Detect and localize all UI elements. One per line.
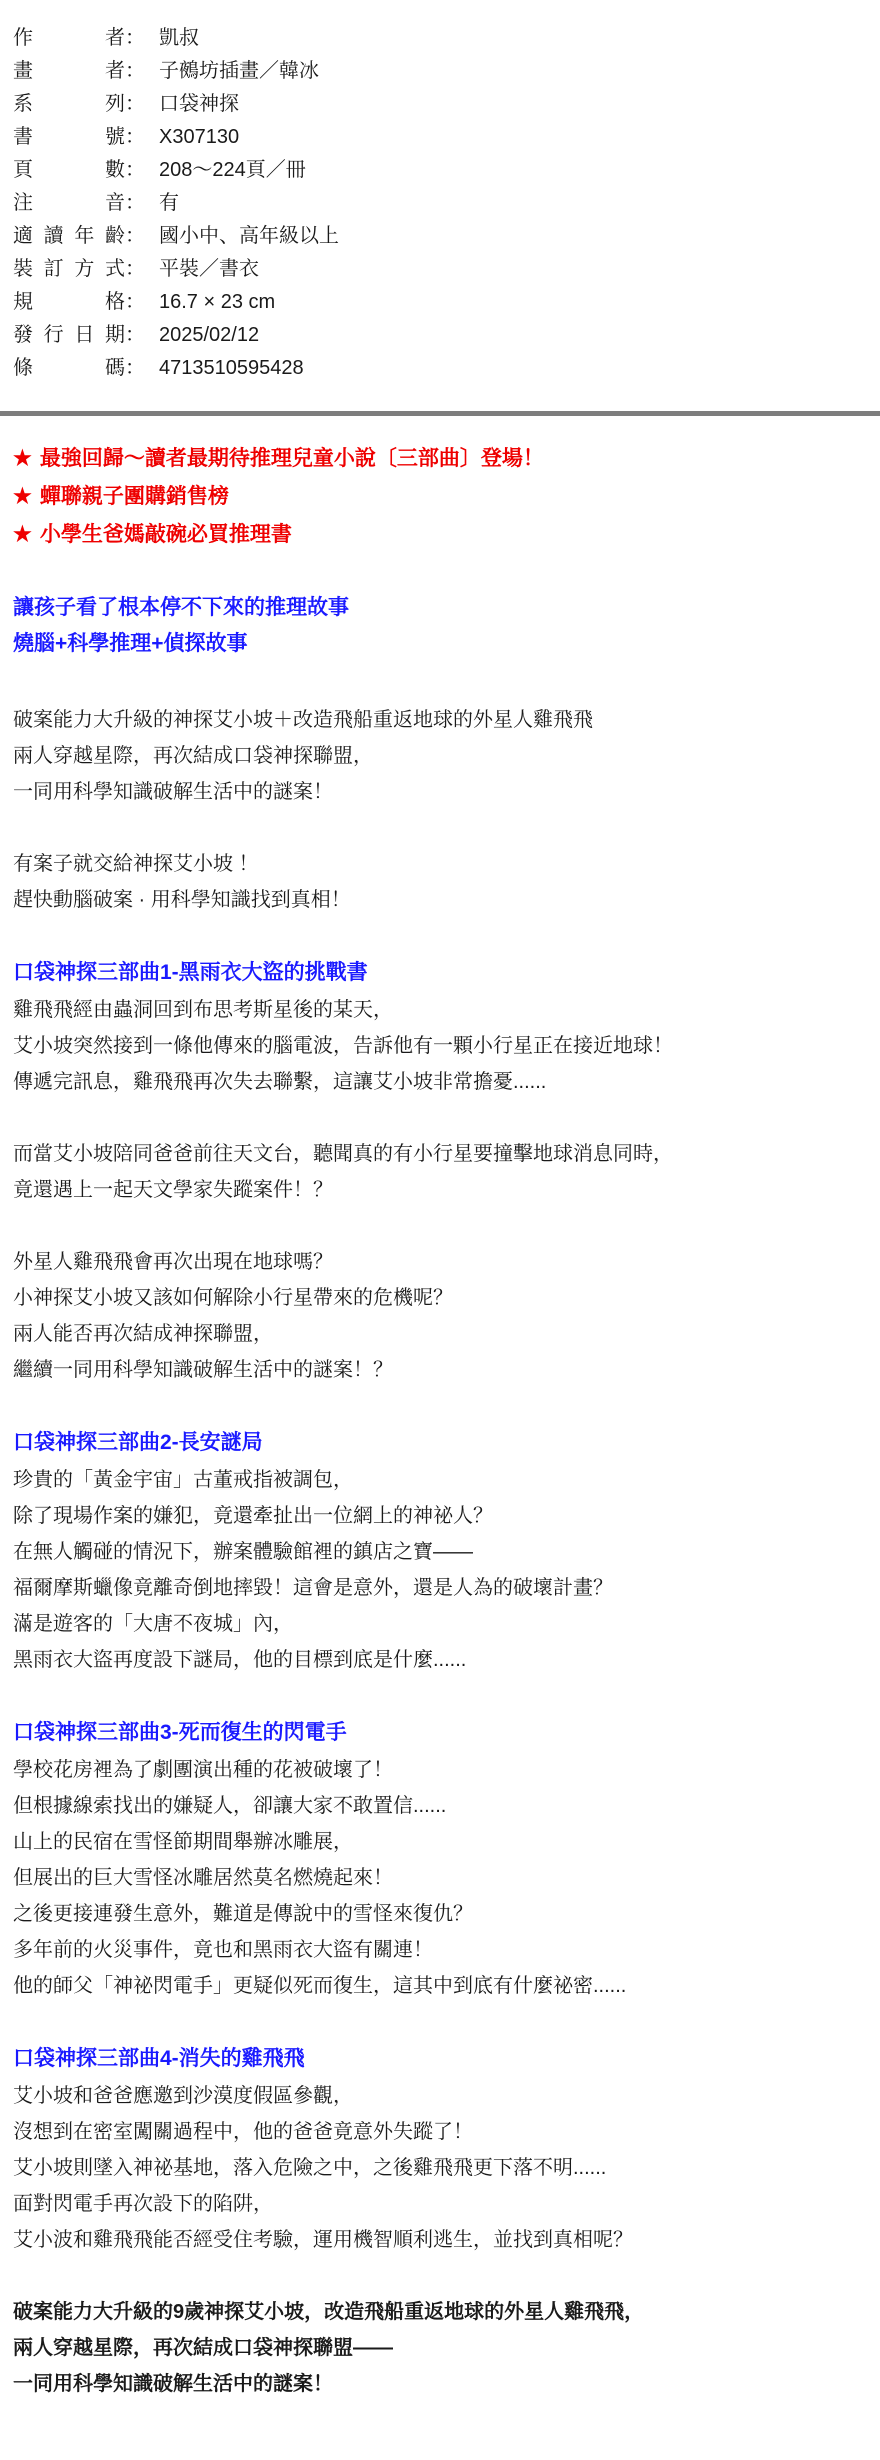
body-line: 但根據線索找出的嫌疑人，卻讓大家不敢置信...... [13, 1788, 866, 1824]
meta-value: 2025/02/12 [159, 324, 259, 346]
promo-list: ★最強回歸～讀者最期待推理兒童小說〔三部曲〕登場！ ★蟬聯親子團購銷售榜 ★小學… [13, 440, 866, 554]
promo-text: 最強回歸～讀者最期待推理兒童小說〔三部曲〕登場！ [40, 447, 544, 470]
meta-row-pages: 頁數：208～224頁／冊 [13, 154, 866, 187]
meta-label: 書號 [13, 121, 125, 154]
outro-line: 一同用科學知識破解生活中的謎案！ [13, 2366, 866, 2402]
meta-row-book-number: 書號：X307130 [13, 121, 866, 154]
section-paragraph: 雞飛飛經由蟲洞回到布思考斯星後的某天， 艾小坡突然接到一條他傳來的腦電波，告訴他… [13, 992, 866, 1100]
meta-row-barcode: 條碼：4713510595428 [13, 352, 866, 385]
meta-label: 規格 [13, 286, 125, 319]
intro-paragraph: 有案子就交給神探艾小坡 ！ 趕快動腦破案 · 用科學知識找到真相！ [13, 846, 866, 918]
section-paragraph: 外星人雞飛飛會再次出現在地球嗎？ 小神探艾小坡又該如何解除小行星帶來的危機呢？ … [13, 1244, 866, 1388]
promo-line: ★最強回歸～讀者最期待推理兒童小說〔三部曲〕登場！ [13, 440, 866, 478]
body-line: 他的師父「神祕閃電手」更疑似死而復生，這其中到底有什麼祕密...... [13, 1968, 866, 2004]
star-icon: ★ [13, 485, 32, 508]
meta-label: 作者 [13, 22, 125, 55]
meta-colon: ： [125, 187, 145, 220]
meta-label: 適讀年齡 [13, 220, 125, 253]
body-line: 在無人觸碰的情況下，辦案體驗館裡的鎮店之寶—— [13, 1534, 866, 1570]
meta-row-release-date: 發行日期：2025/02/12 [13, 319, 866, 352]
promo-line: ★蟬聯親子團購銷售榜 [13, 478, 866, 516]
section-title: 口袋神探三部曲3-死而復生的閃電手 [13, 1714, 866, 1752]
meta-value: 平裝／書衣 [159, 258, 259, 280]
meta-value: 4713510595428 [159, 357, 304, 379]
section-paragraph: 珍貴的「黃金宇宙」古董戒指被調包， 除了現場作案的嫌犯，竟還牽扯出一位網上的神祕… [13, 1462, 866, 1678]
section-paragraph: 艾小坡和爸爸應邀到沙漠度假區參觀， 沒想到在密室闖關過程中，他的爸爸竟意外失蹤了… [13, 2078, 866, 2258]
body-line: 一同用科學知識破解生活中的謎案！ [13, 774, 866, 810]
body-line: 艾小波和雞飛飛能否經受住考驗，運用機智順利逃生，並找到真相呢？ [13, 2222, 866, 2258]
section-paragraph: 學校花房裡為了劇團演出種的花被破壞了！ 但根據線索找出的嫌疑人，卻讓大家不敢置信… [13, 1752, 866, 2004]
meta-colon: ： [125, 121, 145, 154]
meta-value: 有 [159, 192, 179, 214]
meta-colon: ： [125, 286, 145, 319]
body-line: 艾小坡則墜入神祕基地，落入危險之中，之後雞飛飛更下落不明...... [13, 2150, 866, 2186]
meta-value: 國小中、高年級以上 [159, 225, 339, 247]
promo-text: 蟬聯親子團購銷售榜 [40, 485, 229, 508]
section-title: 口袋神探三部曲2-長安謎局 [13, 1424, 866, 1462]
meta-row-binding: 裝訂方式：平裝／書衣 [13, 253, 866, 286]
section-title: 口袋神探三部曲1-黑雨衣大盜的挑戰書 [13, 954, 866, 992]
body-line: 兩人穿越星際，再次結成口袋神探聯盟， [13, 738, 866, 774]
body-line: 外星人雞飛飛會再次出現在地球嗎？ [13, 1244, 866, 1280]
body-line: 兩人能否再次結成神探聯盟， [13, 1316, 866, 1352]
meta-label: 頁數 [13, 154, 125, 187]
body-line: 竟還遇上一起天文學家失蹤案件！？ [13, 1172, 866, 1208]
body-line: 但展出的巨大雪怪冰雕居然莫名燃燒起來！ [13, 1860, 866, 1896]
meta-label: 畫者 [13, 55, 125, 88]
meta-row-reading-age: 適讀年齡：國小中、高年級以上 [13, 220, 866, 253]
section-title: 口袋神探三部曲4-消失的雞飛飛 [13, 2040, 866, 2078]
meta-colon: ： [125, 55, 145, 88]
section-paragraph: 而當艾小坡陪同爸爸前往天文台，聽聞真的有小行星要撞擊地球消息同時， 竟還遇上一起… [13, 1136, 866, 1208]
body-line: 艾小坡突然接到一條他傳來的腦電波，告訴他有一顆小行星正在接近地球！ [13, 1028, 866, 1064]
body-line: 繼續一同用科學知識破解生活中的謎案！？ [13, 1352, 866, 1388]
meta-colon: ： [125, 352, 145, 385]
body-line: 傳遞完訊息，雞飛飛再次失去聯繫，這讓艾小坡非常擔憂...... [13, 1064, 866, 1100]
meta-colon: ： [125, 154, 145, 187]
meta-colon: ： [125, 253, 145, 286]
body-line: 面對閃電手再次設下的陷阱， [13, 2186, 866, 2222]
body-line: 雞飛飛經由蟲洞回到布思考斯星後的某天， [13, 992, 866, 1028]
body-line: 之後更接連發生意外，難道是傳說中的雪怪來復仇？ [13, 1896, 866, 1932]
body-line: 沒想到在密室闖關過程中，他的爸爸竟意外失蹤了！ [13, 2114, 866, 2150]
body-line: 多年前的火災事件，竟也和黑雨衣大盜有關連！ [13, 1932, 866, 1968]
intro-paragraph: 破案能力大升級的神探艾小坡＋改造飛船重返地球的外星人雞飛飛 兩人穿越星際，再次結… [13, 702, 866, 810]
body-line: 學校花房裡為了劇團演出種的花被破壞了！ [13, 1752, 866, 1788]
body-line: 黑雨衣大盜再度設下謎局，他的目標到底是什麼...... [13, 1642, 866, 1678]
body-line: 小神探艾小坡又該如何解除小行星帶來的危機呢？ [13, 1280, 866, 1316]
outro-line: 破案能力大升級的9歲神探艾小坡，改造飛船重返地球的外星人雞飛飛， [13, 2294, 866, 2330]
meta-value: 子鵺坊插畫／韓冰 [159, 60, 319, 82]
promo-text: 小學生爸媽敲碗必買推理書 [40, 523, 292, 546]
body-line: 除了現場作案的嫌犯，竟還牽扯出一位網上的神祕人？ [13, 1498, 866, 1534]
meta-row-author: 作者：凱叔 [13, 22, 866, 55]
meta-row-illustrator: 畫者：子鵺坊插畫／韓冰 [13, 55, 866, 88]
meta-label: 發行日期 [13, 319, 125, 352]
body-line: 艾小坡和爸爸應邀到沙漠度假區參觀， [13, 2078, 866, 2114]
body-line: 有案子就交給神探艾小坡 ！ [13, 846, 866, 882]
star-icon: ★ [13, 447, 32, 470]
book-section-3: 口袋神探三部曲3-死而復生的閃電手 學校花房裡為了劇團演出種的花被破壞了！ 但根… [13, 1714, 866, 2004]
meta-value: X307130 [159, 126, 239, 148]
meta-label: 系列 [13, 88, 125, 121]
meta-row-size: 規格：16.7 × 23 cm [13, 286, 866, 319]
tagline-line: 讓孩子看了根本停不下來的推理故事 [13, 590, 866, 626]
meta-colon: ： [125, 22, 145, 55]
body-line: 滿是遊客的「大唐不夜城」內， [13, 1606, 866, 1642]
body-line: 趕快動腦破案 · 用科學知識找到真相！ [13, 882, 866, 918]
meta-label: 條碼 [13, 352, 125, 385]
outro-line: 兩人穿越星際，再次結成口袋神探聯盟—— [13, 2330, 866, 2366]
meta-label: 注音 [13, 187, 125, 220]
book-section-1: 口袋神探三部曲1-黑雨衣大盜的挑戰書 雞飛飛經由蟲洞回到布思考斯星後的某天， 艾… [13, 954, 866, 1388]
body-line: 珍貴的「黃金宇宙」古董戒指被調包， [13, 1462, 866, 1498]
meta-value: 208～224頁／冊 [159, 159, 306, 181]
meta-colon: ： [125, 319, 145, 352]
section-divider [0, 411, 880, 416]
tagline: 讓孩子看了根本停不下來的推理故事 燒腦+科學推理+偵探故事 [13, 590, 866, 662]
body-line: 破案能力大升級的神探艾小坡＋改造飛船重返地球的外星人雞飛飛 [13, 702, 866, 738]
meta-table: 作者：凱叔 畫者：子鵺坊插畫／韓冰 系列：口袋神探 書號：X307130 頁數：… [13, 22, 866, 385]
body-line: 山上的民宿在雪怪節期間舉辦冰雕展， [13, 1824, 866, 1860]
star-icon: ★ [13, 523, 32, 546]
body-line: 而當艾小坡陪同爸爸前往天文台，聽聞真的有小行星要撞擊地球消息同時， [13, 1136, 866, 1172]
product-description-page: 作者：凱叔 畫者：子鵺坊插畫／韓冰 系列：口袋神探 書號：X307130 頁數：… [0, 0, 880, 2460]
meta-colon: ： [125, 88, 145, 121]
promo-line: ★小學生爸媽敲碗必買推理書 [13, 516, 866, 554]
body-line: 福爾摩斯蠟像竟離奇倒地摔毀！這會是意外，還是人為的破壞計畫？ [13, 1570, 866, 1606]
book-section-2: 口袋神探三部曲2-長安謎局 珍貴的「黃金宇宙」古董戒指被調包， 除了現場作案的嫌… [13, 1424, 866, 1678]
meta-value: 口袋神探 [159, 93, 239, 115]
meta-value: 16.7 × 23 cm [159, 291, 275, 313]
book-section-4: 口袋神探三部曲4-消失的雞飛飛 艾小坡和爸爸應邀到沙漠度假區參觀， 沒想到在密室… [13, 2040, 866, 2258]
meta-row-zhuyin: 注音：有 [13, 187, 866, 220]
outro-paragraph: 破案能力大升級的9歲神探艾小坡，改造飛船重返地球的外星人雞飛飛， 兩人穿越星際，… [13, 2294, 866, 2402]
meta-row-series: 系列：口袋神探 [13, 88, 866, 121]
meta-label: 裝訂方式 [13, 253, 125, 286]
tagline-line: 燒腦+科學推理+偵探故事 [13, 626, 866, 662]
meta-colon: ： [125, 220, 145, 253]
meta-value: 凱叔 [159, 27, 199, 49]
